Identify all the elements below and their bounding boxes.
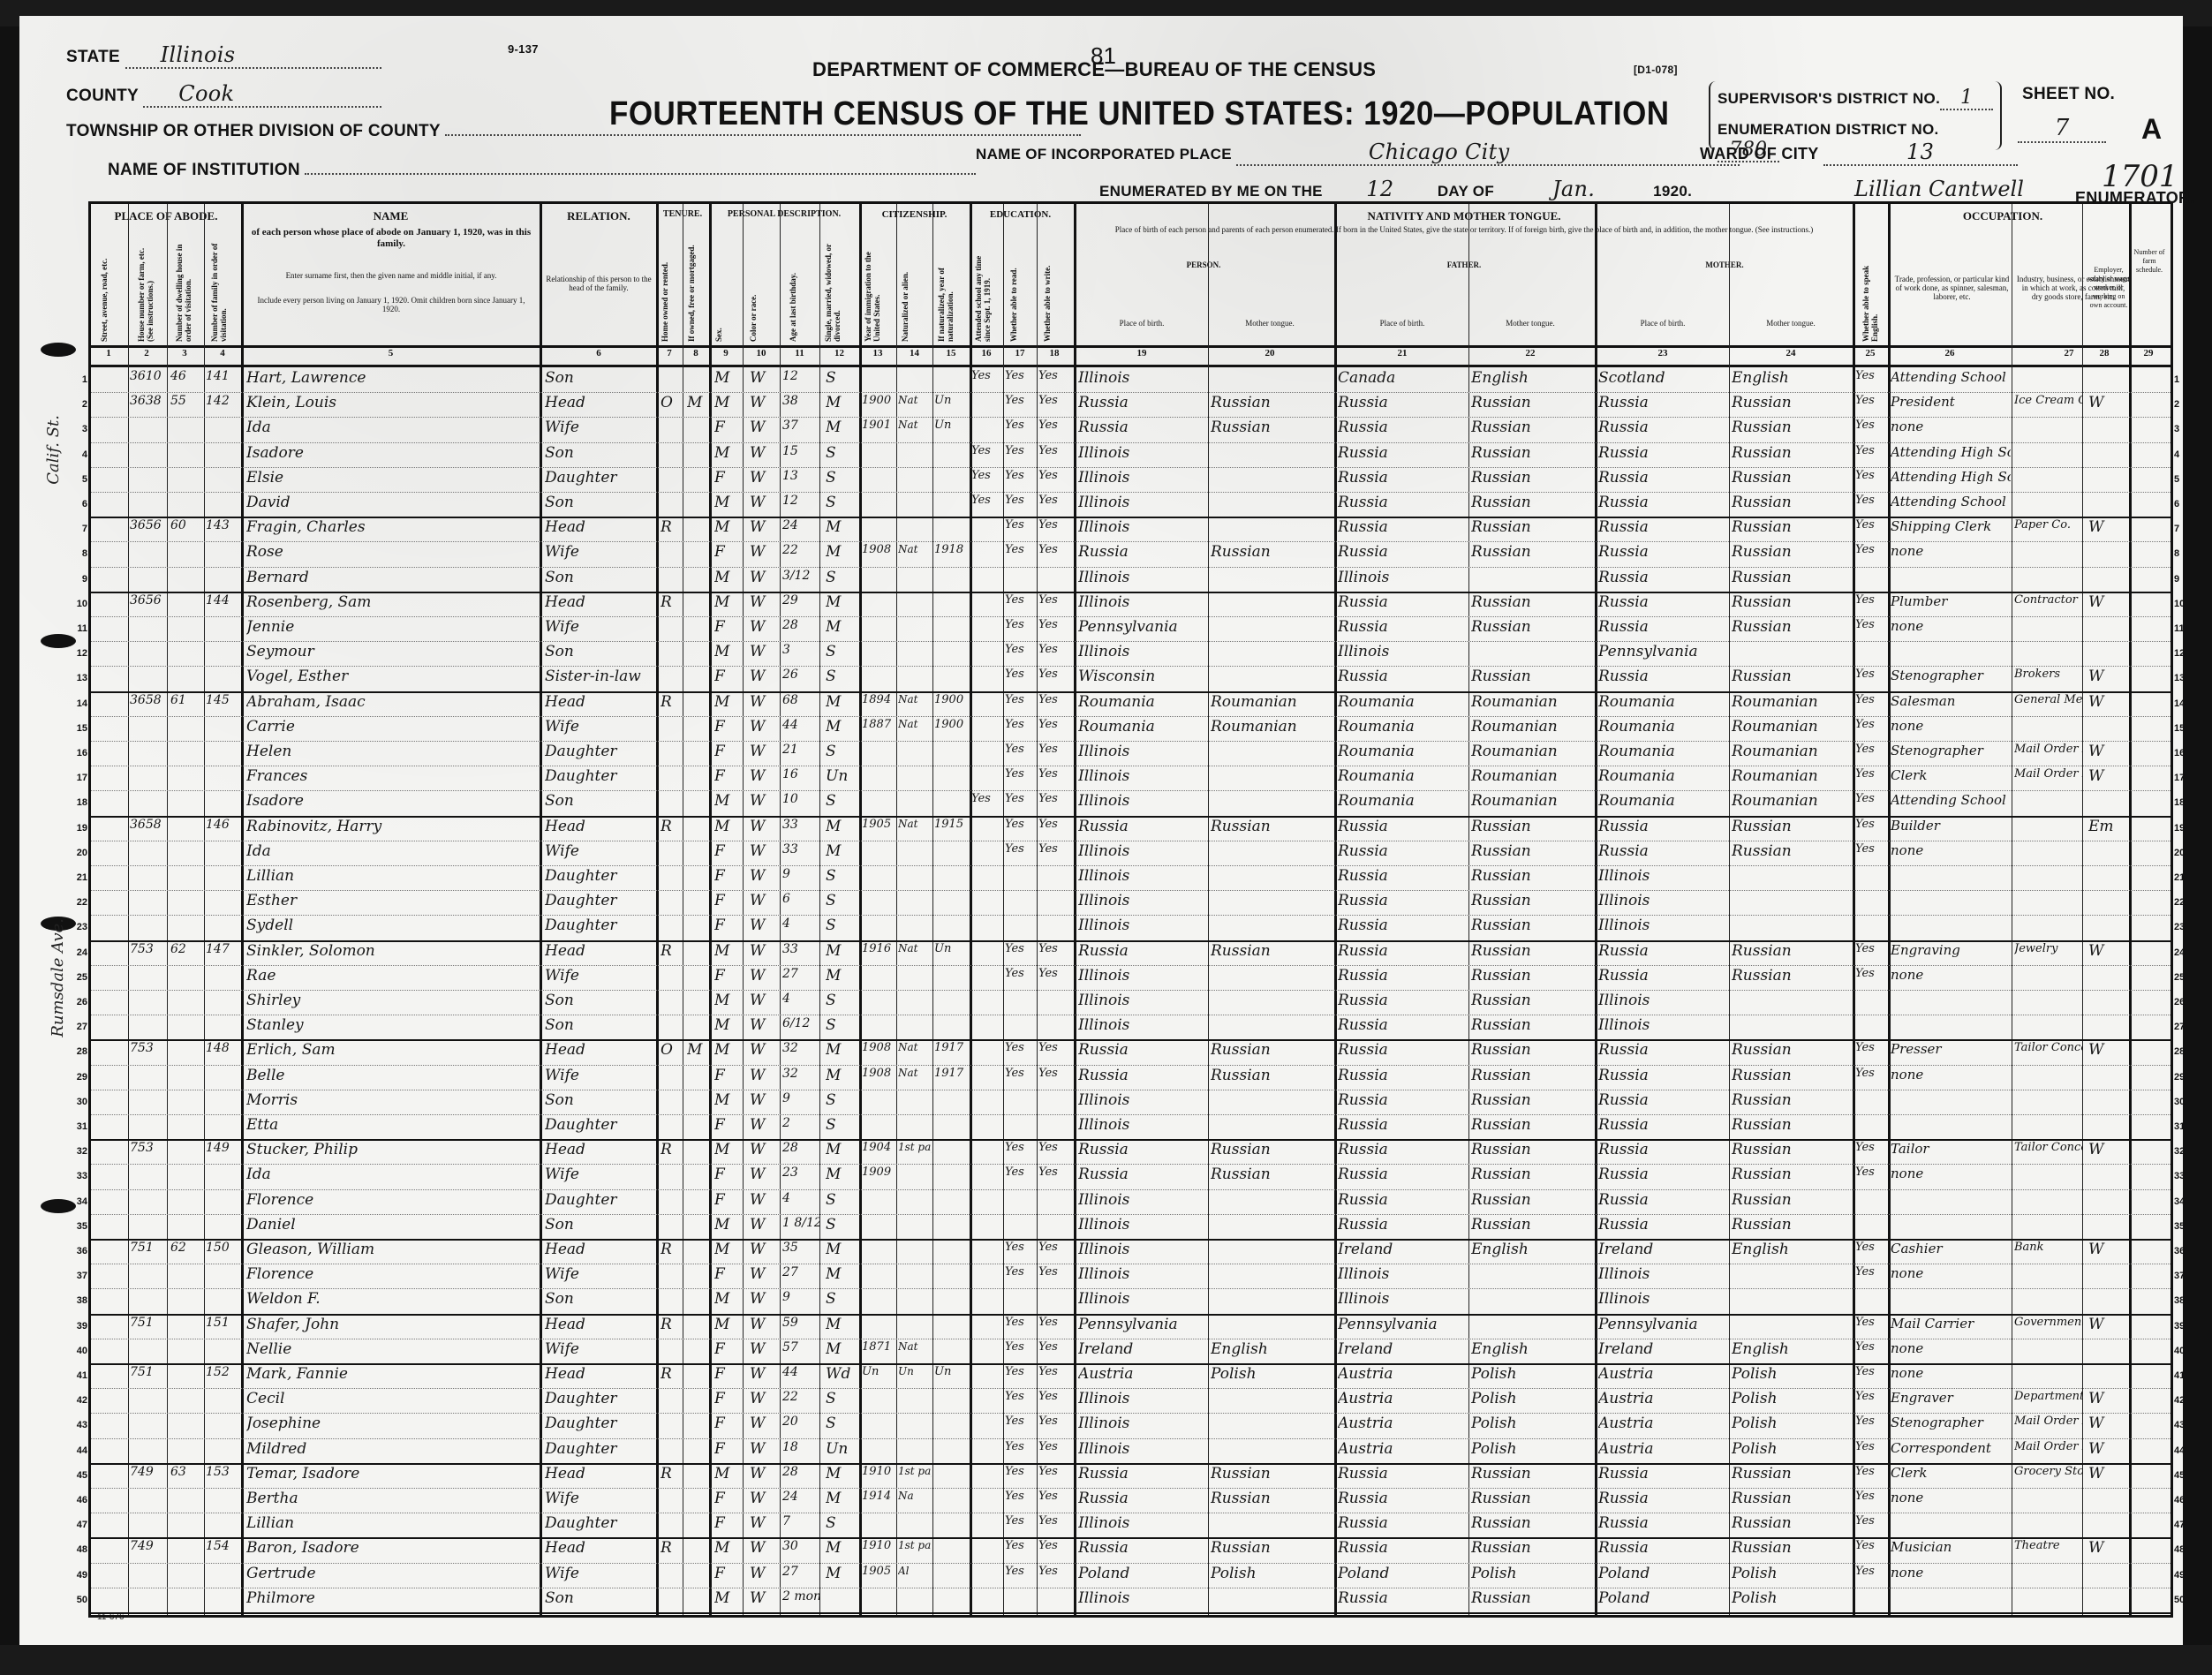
birthplace: Illinois — [1078, 494, 1206, 511]
marital-status: M — [826, 1316, 857, 1333]
worker-class: W — [2088, 1415, 2127, 1432]
relation: Daughter — [545, 1415, 654, 1432]
sex: F — [714, 1415, 741, 1432]
father-mother-tongue: Russian — [1471, 1539, 1593, 1557]
speaks-english: Yes — [1855, 1465, 1887, 1478]
sex: F — [714, 1340, 741, 1358]
birthplace: Illinois — [1078, 1290, 1206, 1308]
sex: F — [714, 419, 741, 436]
line-number: 15 — [2174, 723, 2197, 734]
col-num: 25 — [1853, 348, 1888, 358]
line-number: 40 — [63, 1346, 87, 1356]
industry: Tailor Concern — [2014, 1041, 2083, 1054]
header-occupation: OCCUPATION. — [1888, 209, 2118, 223]
mother-mother-tongue: Russian — [1732, 1166, 1852, 1183]
can-write: Yes — [1038, 668, 1072, 681]
table-row: 45 749 63 153 Temar, Isadore Head R M W … — [91, 1463, 2170, 1489]
speaks-english: Yes — [1855, 1241, 1887, 1254]
mother-mother-tongue: Russian — [1732, 818, 1852, 835]
age: 4 — [782, 917, 819, 931]
vh-dwelling: Number of dwelling house in order of vis… — [175, 238, 193, 342]
occupation: Attending School — [1891, 792, 2011, 808]
age: 26 — [782, 668, 819, 682]
birthplace: Illinois — [1078, 1241, 1206, 1258]
father-birthplace: Roumania — [1338, 743, 1467, 760]
institution-value — [305, 173, 976, 175]
header-mother: MOTHER. — [1597, 260, 1853, 269]
table-row: 2 3638 55 142 Klein, Louis Head O M M W … — [91, 392, 2170, 418]
mother-birthplace: Austria — [1598, 1440, 1727, 1458]
mother-mother-tongue: Russian — [1732, 1141, 1852, 1158]
father-mother-tongue: Polish — [1471, 1565, 1593, 1582]
father-mother-tongue: Russian — [1471, 1016, 1593, 1034]
speaks-english: Yes — [1855, 842, 1887, 856]
birthplace: Illinois — [1078, 892, 1206, 909]
occupation: none — [1891, 718, 2011, 734]
col-num: 13 — [859, 348, 896, 358]
father-birthplace: Russia — [1338, 992, 1467, 1009]
father-birthplace: Illinois — [1338, 643, 1467, 660]
col-num: 17 — [1003, 348, 1037, 358]
father-birthplace: Russia — [1338, 1141, 1467, 1158]
father-birthplace: Russia — [1338, 518, 1467, 536]
age: 21 — [782, 743, 819, 757]
line-number: 21 — [63, 872, 87, 883]
mother-mother-tongue: Russian — [1732, 1091, 1852, 1109]
home-owned: R — [661, 942, 682, 960]
age: 18 — [782, 1440, 819, 1454]
person-name: Fragin, Charles — [246, 518, 538, 536]
house-number: 3638 — [130, 394, 167, 408]
mother-mother-tongue: Russian — [1732, 494, 1852, 511]
birthplace: Russia — [1078, 1539, 1206, 1557]
immigration-year: 1910 — [862, 1539, 895, 1552]
mother-mother-tongue: Russian — [1732, 543, 1852, 561]
age: 9 — [782, 1290, 819, 1304]
father-mother-tongue: Russian — [1471, 992, 1593, 1009]
occupation: Attending School — [1891, 369, 2011, 385]
can-write: Yes — [1038, 1365, 1072, 1378]
can-read: Yes — [1005, 818, 1035, 831]
naturalization-status: Nat — [898, 1041, 932, 1053]
incorporated-place-field: NAME OF INCORPORATED PLACE Chicago City — [976, 140, 1740, 166]
vh-age: Age at last birthday. — [789, 238, 797, 342]
marital-status: S — [826, 369, 857, 387]
father-birthplace: Illinois — [1338, 1265, 1467, 1283]
birthplace: Illinois — [1078, 1016, 1206, 1034]
place-value: Chicago City — [1236, 140, 1740, 166]
stamp-number: 1701 — [2102, 159, 2178, 194]
line-number: 36 — [2174, 1246, 2197, 1256]
race: W — [750, 992, 778, 1009]
can-write: Yes — [1038, 743, 1072, 756]
naturalization-status: Nat — [898, 942, 932, 954]
home-owned: R — [661, 1316, 682, 1333]
line-number: 11 — [2174, 623, 2197, 634]
can-write: Yes — [1038, 1041, 1072, 1054]
mother-mother-tongue: Russian — [1732, 1216, 1852, 1234]
naturalization-status: Nat — [898, 1340, 932, 1353]
can-read: Yes — [1005, 1415, 1035, 1428]
age: 24 — [782, 518, 819, 532]
speaks-english: Yes — [1855, 518, 1887, 532]
can-read: Yes — [1005, 967, 1035, 980]
sex: F — [714, 1365, 741, 1383]
house-number: 753 — [130, 1141, 167, 1155]
line-number: 19 — [2174, 823, 2197, 834]
speaks-english: Yes — [1855, 469, 1887, 482]
person-name: Baron, Isadore — [246, 1539, 538, 1557]
name-desc: of each person whose place of abode on J… — [250, 227, 532, 250]
home-owned: R — [661, 693, 682, 711]
occupation: Attending High School — [1891, 469, 2011, 485]
enumerated-year: 1920. — [1653, 183, 1692, 200]
house-number: 3658 — [130, 818, 167, 832]
can-write: Yes — [1038, 444, 1072, 457]
naturalization-year: 1917 — [934, 1067, 968, 1080]
mother-tongue: Polish — [1211, 1365, 1332, 1383]
worker-class: W — [2088, 743, 2127, 760]
father-mother-tongue: Russian — [1471, 593, 1593, 611]
age: 15 — [782, 444, 819, 458]
speaks-english: Yes — [1855, 1316, 1887, 1329]
mother-mother-tongue: Polish — [1732, 1440, 1852, 1458]
line-number: 44 — [2174, 1445, 2197, 1456]
mother-birthplace: Ireland — [1598, 1241, 1727, 1258]
race: W — [750, 1290, 778, 1308]
table-row: 30 Morris Son M W 9 S Illinois Russia Ru… — [91, 1090, 2170, 1115]
age: 12 — [782, 369, 819, 383]
father-mother-tongue: Russian — [1471, 618, 1593, 636]
supervisor-label: SUPERVISOR'S DISTRICT NO. — [1718, 90, 1940, 107]
father-birthplace: Russia — [1338, 1539, 1467, 1557]
industry: Jewelry — [2014, 942, 2083, 955]
line-number: 25 — [2174, 972, 2197, 983]
col-num: 22 — [1468, 348, 1592, 358]
father-mt-header: Mother tongue. — [1468, 319, 1592, 328]
person-name: Bernard — [246, 569, 538, 586]
name-instr2: Include every person living on January 1… — [250, 296, 532, 313]
table-row: 11 Jennie Wife F W 28 M Yes Yes Pennsylv… — [91, 616, 2170, 642]
industry: Ice Cream Co. — [2014, 394, 2083, 407]
vh-natyear: If naturalized, year of naturalization. — [937, 238, 955, 342]
attended-school: Yes — [971, 494, 1001, 507]
place-label: NAME OF INCORPORATED PLACE — [976, 146, 1232, 162]
line-number: 17 — [2174, 773, 2197, 783]
birthplace: Illinois — [1078, 1091, 1206, 1109]
can-write: Yes — [1038, 518, 1072, 532]
sheet-label: SHEET NO. — [2022, 85, 2115, 104]
naturalization-status: Nat — [898, 718, 932, 730]
birthplace: Wisconsin — [1078, 668, 1206, 685]
vh-mortgaged: If owned, free or mortgaged. — [687, 238, 696, 342]
race: W — [750, 1415, 778, 1432]
person-name: Philmore — [246, 1589, 538, 1607]
relation: Daughter — [545, 1390, 654, 1407]
birthplace: Illinois — [1078, 792, 1206, 810]
line-number: 20 — [2174, 848, 2197, 858]
birthplace: Illinois — [1078, 593, 1206, 611]
marital-status: S — [826, 992, 857, 1009]
col-num: 16 — [970, 348, 1003, 358]
sex: F — [714, 668, 741, 685]
marital-status: M — [826, 1241, 857, 1258]
immigration-year: 1901 — [862, 419, 895, 432]
father-mother-tongue: Roumanian — [1471, 693, 1593, 711]
table-row: 23 Sydell Daughter F W 4 S Illinois Russ… — [91, 915, 2170, 941]
can-read: Yes — [1005, 693, 1035, 706]
table-row: 21 Lillian Daughter F W 9 S Illinois Rus… — [91, 865, 2170, 891]
can-write: Yes — [1038, 767, 1072, 781]
age: 57 — [782, 1340, 819, 1354]
birthplace: Illinois — [1078, 1191, 1206, 1209]
race: W — [750, 967, 778, 985]
relation: Wife — [545, 1565, 654, 1582]
family-number: 143 — [206, 518, 241, 532]
can-write: Yes — [1038, 1539, 1072, 1552]
line-number: 13 — [63, 673, 87, 683]
sex: M — [714, 1016, 741, 1034]
sheet-value: 7 — [2018, 115, 2106, 143]
person-pob-header: Place of birth. — [1076, 319, 1208, 328]
father-mother-tongue: Russian — [1471, 1514, 1593, 1532]
age: 2 — [782, 1116, 819, 1130]
marital-status: M — [826, 618, 857, 636]
col-num: 12 — [819, 348, 859, 358]
marital-status: M — [826, 1265, 857, 1283]
can-write: Yes — [1038, 1440, 1072, 1453]
birthplace: Illinois — [1078, 369, 1206, 387]
naturalization-status: 1st papers — [898, 1539, 932, 1551]
occupation: Attending School — [1891, 494, 2011, 509]
state-value: Illinois — [125, 42, 381, 69]
col-num: 4 — [204, 348, 241, 358]
industry: Government — [2014, 1316, 2083, 1329]
person-name: Bertha — [246, 1490, 538, 1507]
father-birthplace: Austria — [1338, 1415, 1467, 1432]
marital-status: Un — [826, 767, 857, 785]
speaks-english: Yes — [1855, 1340, 1887, 1354]
age: 38 — [782, 394, 819, 408]
house-number: 753 — [130, 1041, 167, 1055]
worker-class: W — [2088, 1141, 2127, 1158]
mother-tongue: Russian — [1211, 543, 1332, 561]
father-birthplace: Russia — [1338, 967, 1467, 985]
attended-school: Yes — [971, 469, 1001, 482]
father-birthplace: Russia — [1338, 543, 1467, 561]
birthplace: Russia — [1078, 1141, 1206, 1158]
father-birthplace: Russia — [1338, 419, 1467, 436]
immigration-year: Un — [862, 1365, 895, 1378]
enumerated-day: 12 — [1327, 177, 1433, 203]
relation: Daughter — [545, 767, 654, 785]
col-num: 26 — [1888, 348, 2012, 358]
speaks-english: Yes — [1855, 1565, 1887, 1578]
can-read: Yes — [1005, 494, 1035, 507]
race: W — [750, 1141, 778, 1158]
day-of-label: DAY OF — [1438, 183, 1494, 200]
home-owned: R — [661, 1539, 682, 1557]
home-owned: O — [661, 1041, 682, 1059]
marital-status: S — [826, 1116, 857, 1134]
sex: F — [714, 892, 741, 909]
occupation: none — [1891, 1067, 2011, 1083]
line-number: 2 — [63, 399, 87, 410]
header-education: EDUCATION. — [970, 209, 1071, 220]
speaks-english: Yes — [1855, 743, 1887, 756]
birthplace: Illinois — [1078, 842, 1206, 860]
mother-birthplace: Illinois — [1598, 992, 1727, 1009]
naturalization-year: Un — [934, 942, 968, 955]
table-row: 47 Lillian Daughter F W 7 S Yes Yes Illi… — [91, 1513, 2170, 1539]
dwelling-number: 61 — [170, 693, 202, 707]
can-read: Yes — [1005, 1340, 1035, 1354]
relation: Wife — [545, 1166, 654, 1183]
col-num: 7 — [656, 348, 683, 358]
speaks-english: Yes — [1855, 1514, 1887, 1528]
mother-birthplace: Russia — [1598, 942, 1727, 960]
father-birthplace: Russia — [1338, 593, 1467, 611]
relation: Wife — [545, 419, 654, 436]
can-read: Yes — [1005, 1365, 1035, 1378]
relation: Son — [545, 643, 654, 660]
line-number: 9 — [63, 574, 87, 585]
mother-birthplace: Russia — [1598, 543, 1727, 561]
table-row: 43 Josephine Daughter F W 20 S Yes Yes I… — [91, 1413, 2170, 1438]
person-name: Frances — [246, 767, 538, 785]
person-name: Seymour — [246, 643, 538, 660]
sex: F — [714, 1490, 741, 1507]
col-num: 28 — [2082, 348, 2126, 358]
occ-trade-desc: Trade, profession, or particular kind of… — [1892, 275, 2012, 301]
father-mother-tongue: Russian — [1471, 394, 1593, 411]
line-number: 21 — [2174, 872, 2197, 883]
immigration-year: 1908 — [862, 543, 895, 556]
naturalization-status: Nat — [898, 419, 932, 431]
race: W — [750, 1340, 778, 1358]
birthplace: Illinois — [1078, 1440, 1206, 1458]
mother-birthplace: Russia — [1598, 419, 1727, 436]
speaks-english: Yes — [1855, 1390, 1887, 1403]
naturalization-status: Nat — [898, 818, 932, 830]
occupation: none — [1891, 419, 2011, 434]
industry: Brokers — [2014, 668, 2083, 681]
sex: F — [714, 1440, 741, 1458]
can-read: Yes — [1005, 543, 1035, 556]
naturalization-status: Nat — [898, 543, 932, 555]
line-number: 45 — [63, 1470, 87, 1481]
relation: Daughter — [545, 1440, 654, 1458]
family-number: 147 — [206, 942, 241, 956]
can-read: Yes — [1005, 1440, 1035, 1453]
father-birthplace: Russia — [1338, 867, 1467, 885]
institution-field: NAME OF INSTITUTION — [108, 161, 976, 180]
father-mother-tongue: English — [1471, 1340, 1593, 1358]
worker-class: W — [2088, 518, 2127, 536]
mother-tongue: Russian — [1211, 1465, 1332, 1483]
mother-tongue: Russian — [1211, 419, 1332, 436]
marital-status: M — [826, 1465, 857, 1483]
speaks-english: Yes — [1855, 1490, 1887, 1503]
col-num: 21 — [1336, 348, 1468, 358]
mother-birthplace: Russia — [1598, 593, 1727, 611]
table-row: 42 Cecil Daughter F W 22 S Yes Yes Illin… — [91, 1388, 2170, 1414]
father-mother-tongue: Russian — [1471, 1490, 1593, 1507]
age: 33 — [782, 818, 819, 832]
father-mother-tongue: Russian — [1471, 917, 1593, 934]
sex: F — [714, 1116, 741, 1134]
occupation: none — [1891, 1365, 2011, 1381]
birthplace: Pennsylvania — [1078, 1316, 1206, 1333]
mother-mother-tongue: Roumanian — [1732, 792, 1852, 810]
can-write: Yes — [1038, 1415, 1072, 1428]
immigration-year: 1894 — [862, 693, 895, 706]
line-number: 29 — [63, 1072, 87, 1083]
birthplace: Russia — [1078, 942, 1206, 960]
race: W — [750, 1191, 778, 1209]
father-mother-tongue: Russian — [1471, 842, 1593, 860]
father-birthplace: Russia — [1338, 892, 1467, 909]
mother-tongue: Russian — [1211, 1539, 1332, 1557]
age: 27 — [782, 967, 819, 981]
father-birthplace: Pennsylvania — [1338, 1316, 1467, 1333]
farm-schedule-desc: Number of farm schedule. — [2133, 248, 2166, 275]
nativity-desc: Place of birth of each person and parent… — [1084, 225, 1844, 234]
person-name: Gertrude — [246, 1565, 538, 1582]
header-name: NAME — [243, 209, 539, 223]
marital-status: S — [826, 1390, 857, 1407]
can-write: Yes — [1038, 1316, 1072, 1329]
person-name: Hart, Lawrence — [246, 369, 538, 387]
col-num: 15 — [932, 348, 970, 358]
mother-birthplace: Illinois — [1598, 867, 1727, 885]
race: W — [750, 668, 778, 685]
birthplace: Illinois — [1078, 867, 1206, 885]
line-number: 31 — [63, 1121, 87, 1132]
relation: Son — [545, 792, 654, 810]
mother-tongue: Polish — [1211, 1565, 1332, 1582]
mother-birthplace: Poland — [1598, 1565, 1727, 1582]
line-number: 38 — [2174, 1295, 2197, 1306]
line-number: 22 — [2174, 897, 2197, 908]
occupation: Builder — [1891, 818, 2011, 834]
relation: Head — [545, 942, 654, 960]
mother-birthplace: Roumania — [1598, 718, 1727, 736]
sex: F — [714, 1565, 741, 1582]
relation: Daughter — [545, 743, 654, 760]
father-mother-tongue: Russian — [1471, 1067, 1593, 1084]
occupation: none — [1891, 1265, 2011, 1281]
mother-mother-tongue: Roumanian — [1732, 743, 1852, 760]
industry: Mail Order House — [2014, 1415, 2083, 1428]
person-name: Esther — [246, 892, 538, 909]
industry: Tailor Concern — [2014, 1141, 2083, 1154]
naturalization-year: 1917 — [934, 1041, 968, 1054]
line-number: 50 — [2174, 1595, 2197, 1605]
marital-status: M — [826, 1539, 857, 1557]
family-number: 152 — [206, 1365, 241, 1379]
age: 12 — [782, 494, 819, 508]
line-number: 39 — [2174, 1321, 2197, 1332]
line-number: 41 — [63, 1370, 87, 1381]
father-birthplace: Illinois — [1338, 569, 1467, 586]
mother-birthplace: Austria — [1598, 1415, 1727, 1432]
table-row: 25 Rae Wife F W 27 M Yes Yes Illinois Ru… — [91, 965, 2170, 991]
birthplace: Illinois — [1078, 1415, 1206, 1432]
line-number: 12 — [2174, 648, 2197, 659]
sex: F — [714, 1390, 741, 1407]
occupation: Presser — [1891, 1041, 2011, 1057]
